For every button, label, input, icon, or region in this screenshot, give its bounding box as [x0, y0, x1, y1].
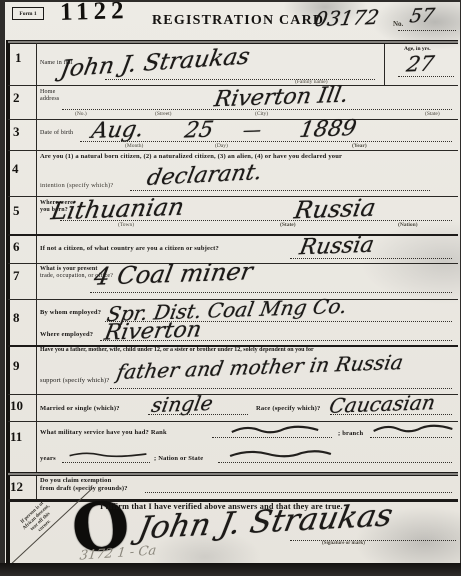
serial-handwritten: 03172: [313, 5, 381, 31]
address-answer: Riverton Ill.: [212, 83, 350, 113]
row9-line2: support (specify which)?: [40, 377, 109, 384]
row10-number: 10: [10, 398, 23, 414]
row7-label1: What is your present: [40, 266, 98, 272]
row2-label2: address: [40, 96, 59, 102]
squiggle-mark: [230, 423, 320, 435]
card-number: 57: [408, 5, 436, 28]
row10-label2: Race (specify which)?: [256, 405, 321, 412]
subject-answer: Russia: [298, 233, 376, 261]
row3-sub-month: (Month): [125, 143, 143, 149]
row7-line: [90, 292, 452, 293]
row5-sub-state: (State): [280, 222, 296, 228]
row10-line2: [330, 414, 452, 415]
birth-dash: —: [241, 120, 263, 142]
row4-line: [130, 190, 430, 191]
row4-number: 4: [12, 161, 19, 177]
row12-line1: Do you claim exemption: [40, 477, 111, 484]
row11-label4: ; Nation or State: [154, 455, 203, 462]
row11-label2: ; branch: [338, 430, 363, 437]
row-rule: [8, 119, 458, 120]
row8-label2: Where employed?: [40, 331, 93, 338]
scan-bottom-edge: [0, 563, 461, 576]
employed-where-answer: Riverton: [102, 317, 203, 345]
age-value: 27: [405, 52, 436, 77]
row3-label: Date of birth: [40, 130, 73, 136]
squiggle-mark: [68, 449, 148, 459]
row10-line1: [148, 414, 248, 415]
row5-sub-town: (Town): [118, 222, 134, 228]
row2-sub-no: (No.): [75, 111, 87, 117]
row3-sub-year: (Year): [352, 143, 367, 149]
row7-number: 7: [13, 268, 20, 284]
row2-sub-city: (City): [255, 111, 268, 117]
signature-line: [290, 540, 456, 541]
row8-number: 8: [13, 310, 20, 326]
row-rule: [8, 150, 458, 151]
occupation-answer: 4 Coal miner: [92, 257, 255, 290]
row6-label: If not a citizen, of what country are yo…: [40, 245, 219, 252]
row11-nation-line: [218, 462, 452, 463]
row4-line2: intention (specify which)?: [40, 182, 113, 189]
row2-line: [62, 109, 452, 110]
row12-line: [145, 492, 452, 493]
stamp-number: 1122: [60, 0, 129, 27]
row-rule: [8, 472, 458, 476]
age-box-divider: [384, 44, 385, 85]
row9-line: [110, 388, 452, 389]
row1-number: 1: [15, 50, 22, 66]
row3-sub-day: (Day): [215, 143, 228, 149]
row4-line1: Are you (1) a natural born citizen, (2) …: [40, 153, 452, 160]
row3-number: 3: [13, 124, 20, 140]
row3-line: [80, 141, 452, 142]
row6-line: [290, 258, 452, 259]
header-rule: [8, 40, 458, 44]
row5-number: 5: [13, 203, 20, 219]
row6-number: 6: [13, 239, 20, 255]
squiggle-mark: [228, 447, 333, 459]
row11-number: 11: [10, 429, 22, 445]
row8-label1: By whom employed?: [40, 309, 101, 316]
squiggle-mark: [372, 422, 454, 434]
card-title: REGISTRATION CARD: [152, 13, 324, 29]
row2-sub-street: (Street): [155, 111, 172, 117]
row11-rank-line: [212, 437, 332, 438]
row5-sub-nation: (Nation): [398, 222, 418, 228]
row11-years-line: [62, 462, 150, 463]
no-label: No.: [393, 20, 403, 28]
registration-card-scan: Form 1 1122 REGISTRATION CARD 03172 No. …: [0, 0, 461, 576]
birth-month: Aug.: [90, 117, 146, 144]
row12-number: 12: [10, 479, 23, 495]
row10-label1: Married or single (which)?: [40, 405, 120, 412]
number-column-divider: [36, 43, 37, 500]
row9-number: 9: [13, 358, 20, 374]
age-line: [398, 76, 454, 77]
signature-label: (Signature or mark): [322, 541, 365, 546]
row8-line2: [100, 340, 452, 341]
row11-branch-line: [370, 437, 452, 438]
row5-line: [60, 220, 452, 221]
card-number-line: [398, 30, 456, 31]
birth-day: 25: [183, 118, 216, 144]
row1-line: [105, 79, 375, 80]
row2-label1: Home: [40, 89, 55, 95]
row2-number: 2: [13, 90, 20, 106]
form-number-box: Form 1: [12, 7, 44, 20]
row2-sub-state: (State): [425, 111, 440, 117]
row11-label3: years: [40, 455, 56, 462]
birth-year: 1889: [298, 116, 359, 143]
row11-label1: What military service have you had? Rank: [40, 429, 167, 436]
row-rule: [8, 234, 458, 236]
